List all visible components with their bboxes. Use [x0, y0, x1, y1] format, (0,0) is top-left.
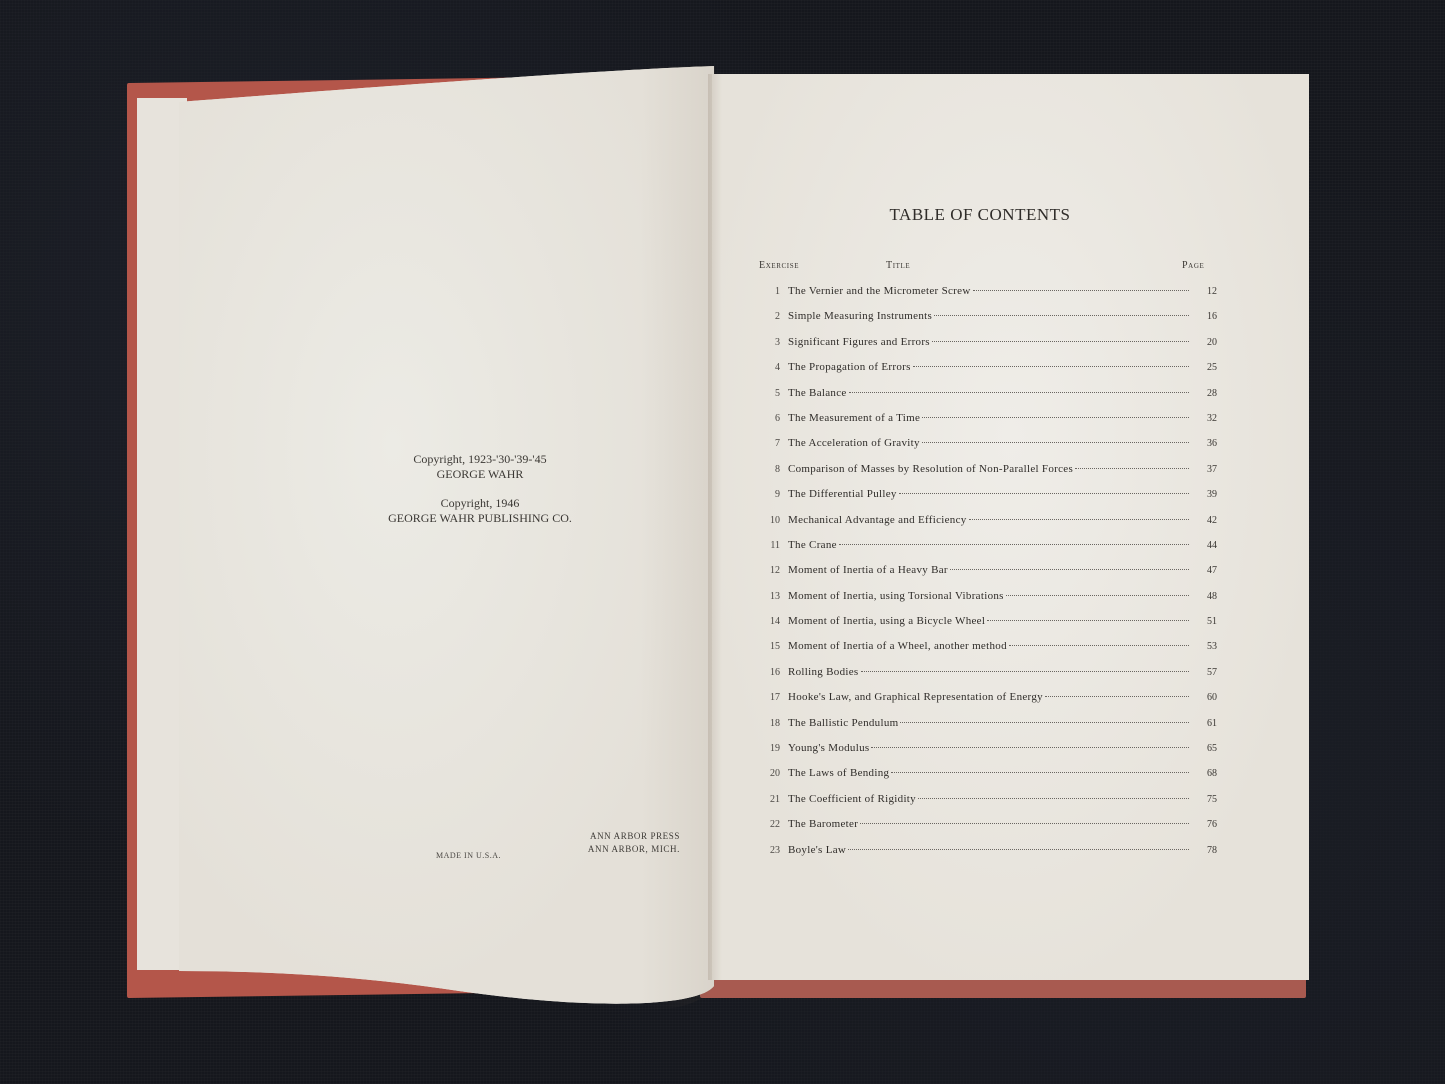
dot-leader — [934, 314, 1189, 316]
toc-entry: 8Comparison of Masses by Resolution of N… — [752, 463, 1217, 488]
dot-leader — [891, 771, 1189, 773]
toc-entry: 23Boyle's Law78 — [752, 844, 1217, 869]
page-number: 28 — [1195, 388, 1217, 399]
dot-leader — [861, 670, 1189, 672]
page-number: 20 — [1195, 337, 1217, 348]
exercise-title: Simple Measuring Instruments — [788, 310, 932, 322]
page-number: 39 — [1195, 489, 1217, 500]
copyright-line: Copyright, 1946 — [380, 496, 580, 511]
dot-leader — [849, 391, 1189, 393]
page-number: 25 — [1195, 362, 1217, 373]
toc-entry: 10Mechanical Advantage and Efficiency42 — [752, 514, 1217, 539]
toc-entry: 14Moment of Inertia, using a Bicycle Whe… — [752, 615, 1217, 640]
dot-leader — [1006, 594, 1189, 596]
toc-entry: 17Hooke's Law, and Graphical Representat… — [752, 691, 1217, 716]
exercise-title: The Ballistic Pendulum — [788, 717, 898, 729]
page-number: 37 — [1195, 464, 1217, 475]
page-number: 12 — [1195, 286, 1217, 297]
dot-leader — [899, 492, 1189, 494]
dot-leader — [1045, 695, 1189, 697]
exercise-number: 10 — [752, 515, 788, 526]
exercise-title: Comparison of Masses by Resolution of No… — [788, 463, 1073, 475]
exercise-number: 20 — [752, 768, 788, 779]
press-imprint: ANN ARBOR PRESS ANN ARBOR, MICH. — [584, 830, 680, 856]
page-number: 32 — [1195, 413, 1217, 424]
exercise-number: 14 — [752, 616, 788, 627]
exercise-number: 23 — [752, 845, 788, 856]
dot-leader — [969, 518, 1189, 520]
spacer — [380, 482, 580, 496]
page-number: 36 — [1195, 438, 1217, 449]
dot-leader — [900, 721, 1189, 723]
dot-leader — [871, 746, 1189, 748]
exercise-number: 9 — [752, 489, 788, 500]
exercise-number: 2 — [752, 311, 788, 322]
exercise-number: 5 — [752, 388, 788, 399]
exercise-title: The Crane — [788, 539, 837, 551]
toc-header-exercise: Exercise — [759, 260, 799, 271]
dot-leader — [839, 543, 1189, 545]
page-number: 60 — [1195, 692, 1217, 703]
dot-leader — [987, 619, 1189, 621]
publisher-name: GEORGE WAHR PUBLISHING CO. — [380, 511, 580, 526]
exercise-number: 16 — [752, 667, 788, 678]
page-number: 76 — [1195, 819, 1217, 830]
exercise-title: Moment of Inertia of a Heavy Bar — [788, 564, 948, 576]
dot-leader — [918, 797, 1189, 799]
toc-entry: 11The Crane44 — [752, 539, 1217, 564]
exercise-title: The Acceleration of Gravity — [788, 437, 920, 449]
dot-leader — [1075, 467, 1189, 469]
dot-leader — [860, 822, 1189, 824]
exercise-title: Mechanical Advantage and Efficiency — [788, 514, 967, 526]
dot-leader — [922, 441, 1189, 443]
made-in-usa: MADE IN U.S.A. — [436, 851, 501, 860]
page-number: 61 — [1195, 718, 1217, 729]
toc-entry: 20The Laws of Bending68 — [752, 767, 1217, 792]
exercise-title: Significant Figures and Errors — [788, 336, 930, 348]
exercise-number: 19 — [752, 743, 788, 754]
publisher-name: GEORGE WAHR — [380, 467, 580, 482]
toc-entry: 9The Differential Pulley39 — [752, 488, 1217, 513]
press-name: ANN ARBOR PRESS — [584, 830, 680, 843]
toc-entry: 13Moment of Inertia, using Torsional Vib… — [752, 590, 1217, 615]
toc-entry: 12Moment of Inertia of a Heavy Bar47 — [752, 564, 1217, 589]
dot-leader — [950, 568, 1189, 570]
left-page-shadow — [640, 66, 715, 1016]
toc-entry: 1The Vernier and the Micrometer Screw12 — [752, 285, 1217, 310]
exercise-number: 15 — [752, 641, 788, 652]
exercise-title: The Differential Pulley — [788, 488, 897, 500]
toc-entry: 5The Balance28 — [752, 387, 1217, 412]
exercise-title: Young's Modulus — [788, 742, 869, 754]
exercise-title: Moment of Inertia, using a Bicycle Wheel — [788, 615, 985, 627]
exercise-number: 6 — [752, 413, 788, 424]
page-number: 53 — [1195, 641, 1217, 652]
dot-leader — [848, 848, 1189, 850]
exercise-title: Moment of Inertia of a Wheel, another me… — [788, 640, 1007, 652]
exercise-number: 17 — [752, 692, 788, 703]
toc-header-title: Title — [886, 260, 910, 271]
toc-entry: 22The Barometer76 — [752, 818, 1217, 843]
toc-entry: 6The Measurement of a Time32 — [752, 412, 1217, 437]
page-number: 75 — [1195, 794, 1217, 805]
dot-leader — [913, 365, 1189, 367]
dot-leader — [932, 340, 1189, 342]
exercise-title: The Laws of Bending — [788, 767, 889, 779]
page-number: 47 — [1195, 565, 1217, 576]
exercise-number: 21 — [752, 794, 788, 805]
toc-entry: 3Significant Figures and Errors20 — [752, 336, 1217, 361]
exercise-title: Moment of Inertia, using Torsional Vibra… — [788, 590, 1004, 602]
page-number: 48 — [1195, 591, 1217, 602]
press-location: ANN ARBOR, MICH. — [584, 843, 680, 856]
toc-list: 1The Vernier and the Micrometer Screw122… — [752, 285, 1217, 869]
exercise-title: The Coefficient of Rigidity — [788, 793, 916, 805]
book-gutter — [708, 74, 722, 980]
exercise-number: 22 — [752, 819, 788, 830]
page-number: 44 — [1195, 540, 1217, 551]
exercise-title: Hooke's Law, and Graphical Representatio… — [788, 691, 1043, 703]
toc-entry: 4The Propagation of Errors25 — [752, 361, 1217, 386]
toc-entry: 7The Acceleration of Gravity36 — [752, 437, 1217, 462]
exercise-title: The Propagation of Errors — [788, 361, 911, 373]
exercise-number: 1 — [752, 286, 788, 297]
page-number: 16 — [1195, 311, 1217, 322]
dot-leader — [973, 289, 1189, 291]
toc-entry: 15Moment of Inertia of a Wheel, another … — [752, 640, 1217, 665]
exercise-title: The Balance — [788, 387, 847, 399]
toc-title: TABLE OF CONTENTS — [740, 205, 1220, 225]
page-number: 78 — [1195, 845, 1217, 856]
dot-leader — [922, 416, 1189, 418]
toc-entry: 19Young's Modulus65 — [752, 742, 1217, 767]
dot-leader — [1009, 644, 1189, 646]
toc-entry: 16Rolling Bodies57 — [752, 666, 1217, 691]
copyright-block: Copyright, 1923-'30-'39-'45 GEORGE WAHR … — [380, 452, 580, 526]
page-number: 65 — [1195, 743, 1217, 754]
exercise-title: The Measurement of a Time — [788, 412, 920, 424]
toc-entry: 21The Coefficient of Rigidity75 — [752, 793, 1217, 818]
exercise-title: The Vernier and the Micrometer Screw — [788, 285, 971, 297]
exercise-number: 7 — [752, 438, 788, 449]
toc-header-page: Page — [1182, 260, 1204, 271]
exercise-title: Rolling Bodies — [788, 666, 859, 678]
exercise-number: 3 — [752, 337, 788, 348]
exercise-title: Boyle's Law — [788, 844, 846, 856]
exercise-number: 8 — [752, 464, 788, 475]
copyright-line: Copyright, 1923-'30-'39-'45 — [380, 452, 580, 467]
exercise-number: 4 — [752, 362, 788, 373]
toc-entry: 18The Ballistic Pendulum61 — [752, 717, 1217, 742]
exercise-number: 18 — [752, 718, 788, 729]
page-number: 42 — [1195, 515, 1217, 526]
page-number: 57 — [1195, 667, 1217, 678]
exercise-number: 11 — [752, 540, 788, 551]
exercise-number: 13 — [752, 591, 788, 602]
exercise-title: The Barometer — [788, 818, 858, 830]
exercise-number: 12 — [752, 565, 788, 576]
page-number: 51 — [1195, 616, 1217, 627]
left-page — [179, 66, 714, 1016]
toc-entry: 2Simple Measuring Instruments16 — [752, 310, 1217, 335]
page-number: 68 — [1195, 768, 1217, 779]
